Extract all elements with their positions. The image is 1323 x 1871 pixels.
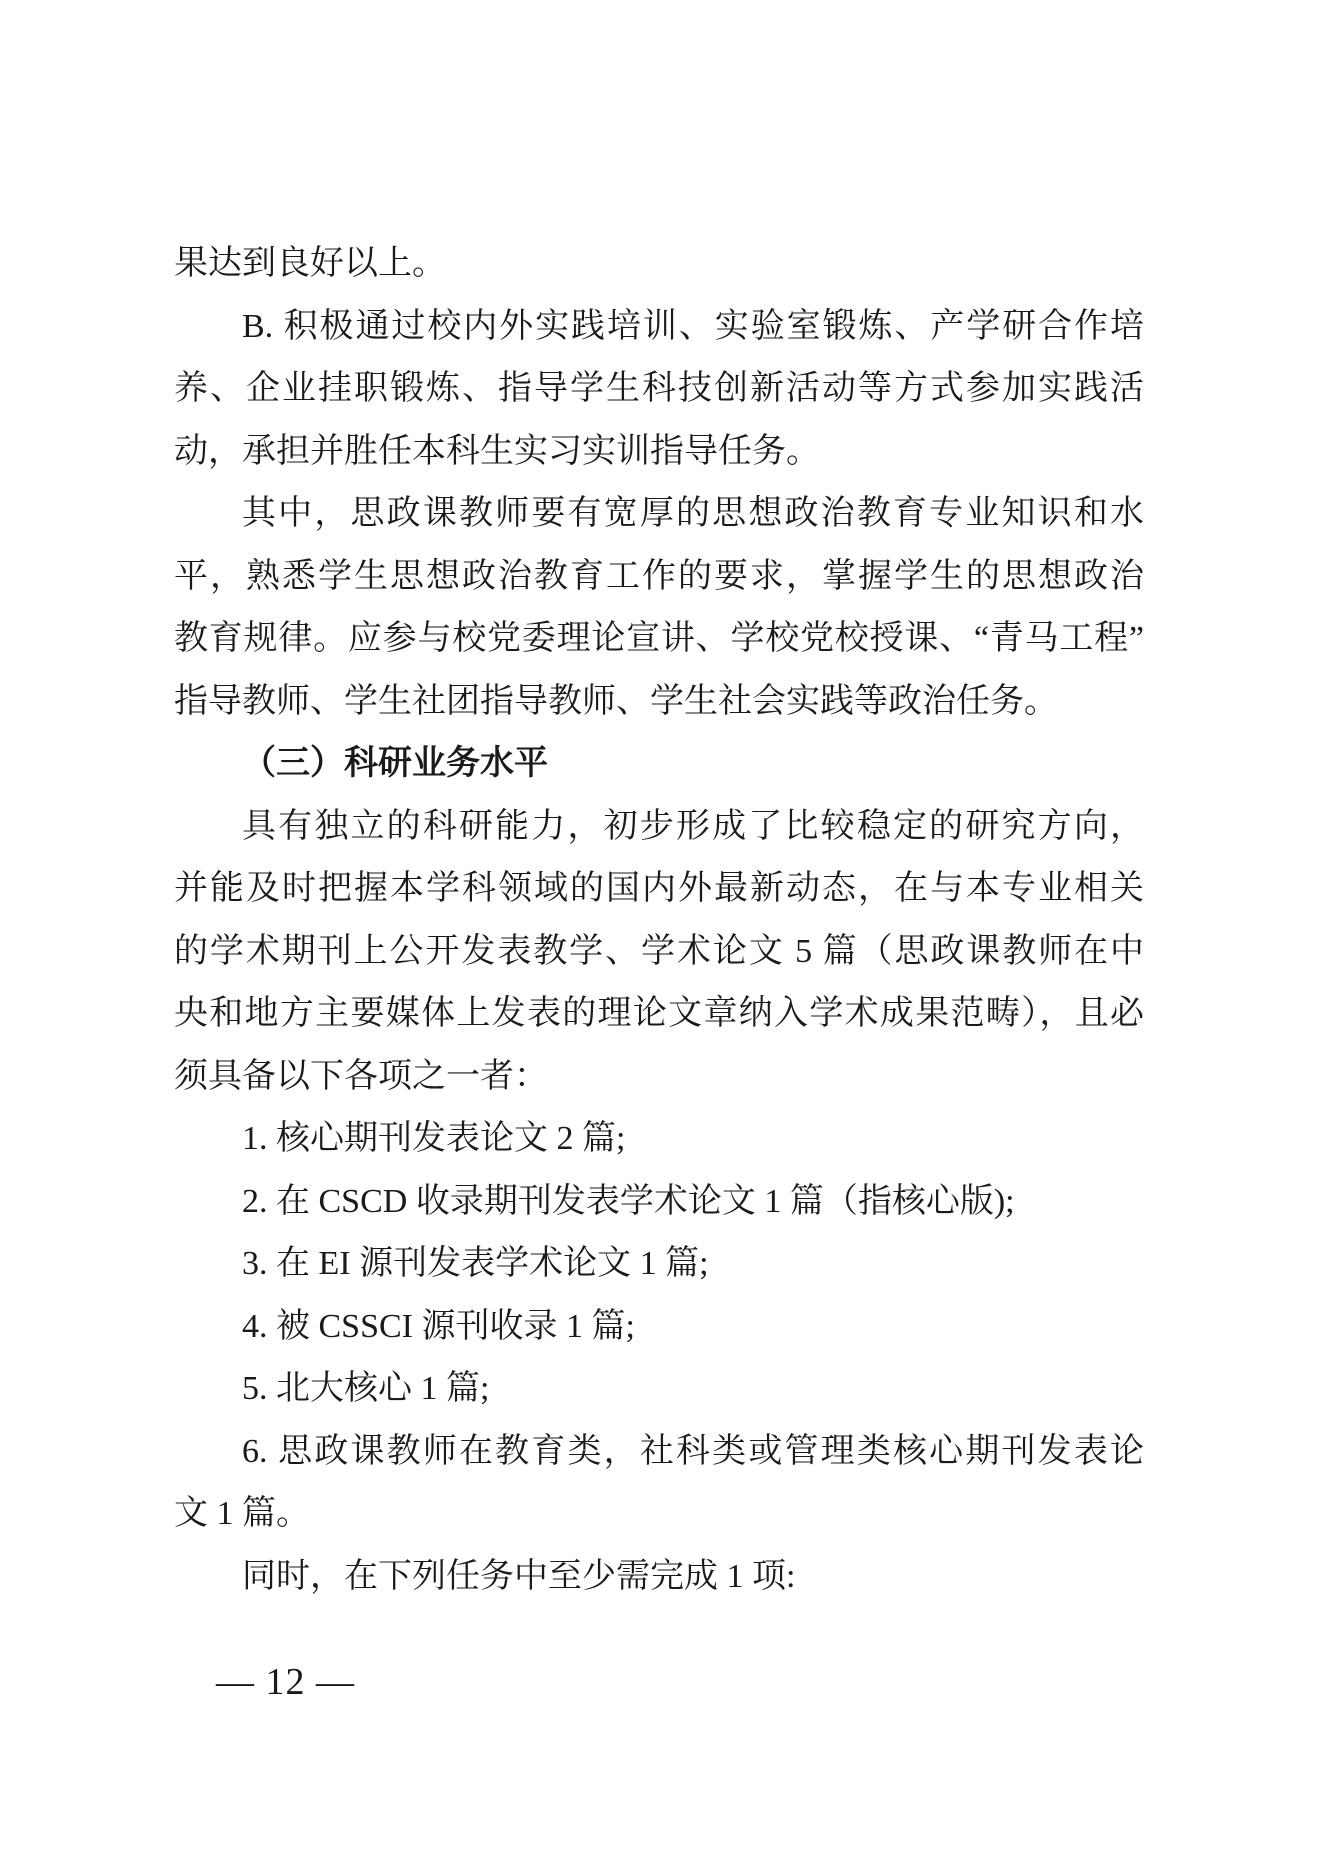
text-line: 的学术期刊上公开发表教学、学术论文 5 篇（思政课教师在中 xyxy=(174,921,1144,984)
text-line: 同时，在下列任务中至少需完成 1 项: xyxy=(174,1546,1144,1609)
text-line: 并能及时把握本学科领域的国内外最新动态，在与本专业相关 xyxy=(174,858,1144,921)
text-line: 平，熟悉学生思想政治教育工作的要求，掌握学生的思想政治 xyxy=(174,546,1144,609)
text-line: 须具备以下各项之一者： xyxy=(174,1046,1144,1109)
document-body: 果达到良好以上。B. 积极通过校内外实践培训、实验室锻炼、产学研合作培养、企业挂… xyxy=(174,233,1144,1608)
text-line: 1. 核心期刊发表论文 2 篇; xyxy=(174,1108,1144,1171)
text-line: B. 积极通过校内外实践培训、实验室锻炼、产学研合作培 xyxy=(174,296,1144,359)
text-line: 教育规律。应参与校党委理论宣讲、学校党校授课、“青马工程” xyxy=(174,608,1144,671)
text-line: 果达到良好以上。 xyxy=(174,233,1144,296)
text-line: 动，承担并胜任本科生实习实训指导任务。 xyxy=(174,421,1144,484)
text-line: 养、企业挂职锻炼、指导学生科技创新活动等方式参加实践活 xyxy=(174,358,1144,421)
text-line: 2. 在 CSCD 收录期刊发表学术论文 1 篇（指核心版); xyxy=(174,1171,1144,1234)
text-line: 3. 在 EI 源刊发表学术论文 1 篇; xyxy=(174,1233,1144,1296)
document-page: 果达到良好以上。B. 积极通过校内外实践培训、实验室锻炼、产学研合作培养、企业挂… xyxy=(0,0,1323,1871)
section-heading: （三）科研业务水平 xyxy=(174,733,1144,796)
text-line: 4. 被 CSSCI 源刊收录 1 篇; xyxy=(174,1296,1144,1359)
text-line: 指导教师、学生社团指导教师、学生社会实践等政治任务。 xyxy=(174,671,1144,734)
page-number: — 12 — xyxy=(216,1660,355,1704)
text-line: 央和地方主要媒体上发表的理论文章纳入学术成果范畴），且必 xyxy=(174,983,1144,1046)
text-line: 6. 思政课教师在教育类，社科类或管理类核心期刊发表论 xyxy=(174,1421,1144,1484)
text-line: 5. 北大核心 1 篇; xyxy=(174,1358,1144,1421)
text-line: 其中，思政课教师要有宽厚的思想政治教育专业知识和水 xyxy=(174,483,1144,546)
text-line: 文 1 篇。 xyxy=(174,1483,1144,1546)
text-line: 具有独立的科研能力，初步形成了比较稳定的研究方向， xyxy=(174,796,1144,859)
